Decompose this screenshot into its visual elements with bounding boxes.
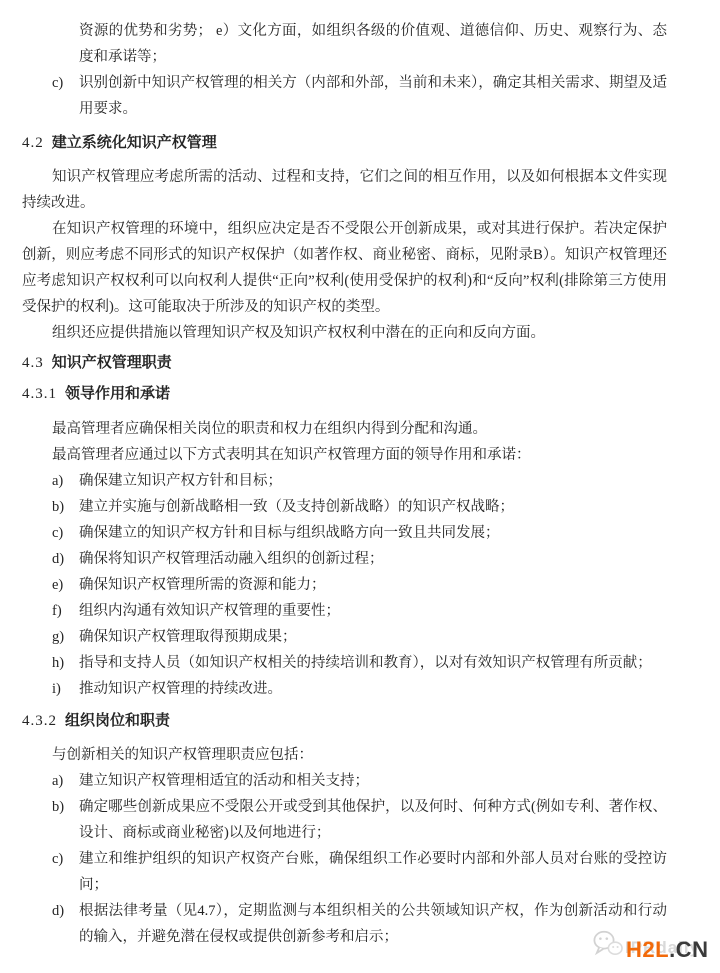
list-item: c) 确保建立的知识产权方针和目标与组织战略方向一致且共同发展； bbox=[22, 520, 667, 546]
list-item: f) 组织内沟通有效知识产权管理的重要性； bbox=[22, 598, 667, 624]
list-item-text: 确保建立知识产权方针和目标； bbox=[79, 473, 282, 489]
list-marker: i) bbox=[52, 676, 61, 702]
watermark-brand-name: H2L bbox=[626, 937, 669, 962]
section-heading-4-3-2: 4.3.2 组织岗位和职责 bbox=[22, 708, 667, 734]
list-marker: d) bbox=[52, 898, 64, 924]
paragraph: 与创新相关的知识产权管理职责应包括： bbox=[22, 742, 667, 768]
heading-title: 领导作用和承诺 bbox=[65, 381, 170, 407]
list-marker: a) bbox=[52, 768, 63, 794]
list-marker: f) bbox=[52, 598, 62, 624]
list-item: b) 建立并实施与创新战略相一致（及支持创新战略）的知识产权战略； bbox=[22, 494, 667, 520]
list-item-text: 建立和维护组织的知识产权资产台账，确保组织工作必要时内部和外部人员对台账的受控访… bbox=[79, 851, 667, 893]
list-item: b) 确定哪些创新成果应不受限公开或受到其他保护，以及何时、何种方式(例如专利、… bbox=[22, 794, 667, 846]
heading-number: 4.3 bbox=[22, 350, 44, 376]
wechat-icon bbox=[592, 929, 624, 970]
list-item-text: 确保知识产权管理所需的资源和能力； bbox=[79, 577, 326, 593]
list-item-text: 识别创新中知识产权管理的相关方（内部和外部，当前和未来），确定其相关需求、期望及… bbox=[79, 75, 667, 117]
list-item: h) 指导和支持人员（如知识产权相关的持续培训和教育），以对有效知识产权管理有所… bbox=[22, 650, 667, 676]
list-item-text: 确保将知识产权管理活动融入组织的创新过程； bbox=[79, 551, 384, 567]
list-item-text: 建立知识产权管理相适宜的活动和相关支持； bbox=[79, 773, 369, 789]
list-item: a) 确保建立知识产权方针和目标； bbox=[22, 468, 667, 494]
list-marker: c) bbox=[52, 70, 63, 96]
list-item-text: 组织内沟通有效知识产权管理的重要性； bbox=[79, 603, 340, 619]
section-heading-4-3-1: 4.3.1 领导作用和承诺 bbox=[22, 381, 667, 407]
list-marker: c) bbox=[52, 520, 63, 546]
list-marker: b) bbox=[52, 794, 64, 820]
list-item-text: 确定哪些创新成果应不受限公开或受到其他保护，以及何时、何种方式(例如专利、著作权… bbox=[79, 799, 667, 841]
heading-number: 4.3.1 bbox=[22, 381, 57, 407]
list-marker: a) bbox=[52, 468, 63, 494]
list-item-text: 建立并实施与创新战略相一致（及支持创新战略）的知识产权战略； bbox=[79, 499, 514, 515]
heading-title: 知识产权管理职责 bbox=[52, 350, 172, 376]
list-item-text: 根据法律考量（见4.7），定期监测与本组织相关的公共领域知识产权，作为创新活动和… bbox=[79, 903, 667, 945]
list-item-text: 指导和支持人员（如知识产权相关的持续培训和教育），以对有效知识产权管理有所贡献； bbox=[79, 655, 652, 671]
list-item-text: 推动知识产权管理的持续改进。 bbox=[79, 681, 282, 697]
list-marker: e) bbox=[52, 572, 63, 598]
list-marker: c) bbox=[52, 846, 63, 872]
list-item: d) 确保将知识产权管理活动融入组织的创新过程； bbox=[22, 546, 667, 572]
list-marker: b) bbox=[52, 494, 64, 520]
list-item: e) 确保知识产权管理所需的资源和能力； bbox=[22, 572, 667, 598]
watermark: IPRdaily H2L.CN bbox=[592, 924, 716, 968]
paragraph: 在知识产权管理的环境中，组织应决定是否不受限公开创新成果，或对其进行保护。若决定… bbox=[22, 216, 667, 320]
list-marker: h) bbox=[52, 650, 64, 676]
section-heading-4-2: 4.2 建立系统化知识产权管理 bbox=[22, 130, 667, 156]
watermark-brand: H2L.CN bbox=[626, 937, 708, 963]
list-item: d) 根据法律考量（见4.7），定期监测与本组织相关的公共领域知识产权，作为创新… bbox=[22, 898, 667, 950]
document-page: 资源的优势和劣势； e）文化方面，如组织各级的价值观、道德信仰、历史、观察行为、… bbox=[0, 0, 720, 973]
section-heading-4-3: 4.3 知识产权管理职责 bbox=[22, 350, 667, 376]
paragraph: 最高管理者应确保相关岗位的职责和权力在组织内得到分配和沟通。 bbox=[22, 416, 667, 442]
paragraph: 知识产权管理应考虑所需的活动、过程和支持，它们之间的相互作用，以及如何根据本文件… bbox=[22, 164, 667, 216]
list-item: g) 确保知识产权管理取得预期成果； bbox=[22, 624, 667, 650]
heading-title: 组织岗位和职责 bbox=[65, 708, 170, 734]
list-item: c) 识别创新中知识产权管理的相关方（内部和外部，当前和未来），确定其相关需求、… bbox=[22, 70, 667, 122]
heading-number: 4.2 bbox=[22, 130, 44, 156]
paragraph: 组织还应提供措施以管理知识产权及知识产权权利中潜在的正向和反向方面。 bbox=[22, 320, 667, 346]
paragraph: 最高管理者应通过以下方式表明其在知识产权管理方面的领导作用和承诺： bbox=[22, 442, 667, 468]
list-item: c) 建立和维护组织的知识产权资产台账，确保组织工作必要时内部和外部人员对台账的… bbox=[22, 846, 667, 898]
list-item: a) 建立知识产权管理相适宜的活动和相关支持； bbox=[22, 768, 667, 794]
list-item-text: 确保建立的知识产权方针和目标与组织战略方向一致且共同发展； bbox=[79, 525, 500, 541]
list-item-text: 确保知识产权管理取得预期成果； bbox=[79, 629, 297, 645]
list-item: i) 推动知识产权管理的持续改进。 bbox=[22, 676, 667, 702]
watermark-brand-domain: .CN bbox=[669, 937, 708, 962]
list-marker: g) bbox=[52, 624, 64, 650]
list-marker: d) bbox=[52, 546, 64, 572]
heading-number: 4.3.2 bbox=[22, 708, 57, 734]
heading-title: 建立系统化知识产权管理 bbox=[52, 130, 217, 156]
carryover-paragraph: 资源的优势和劣势； e）文化方面，如组织各级的价值观、道德信仰、历史、观察行为、… bbox=[22, 18, 667, 70]
